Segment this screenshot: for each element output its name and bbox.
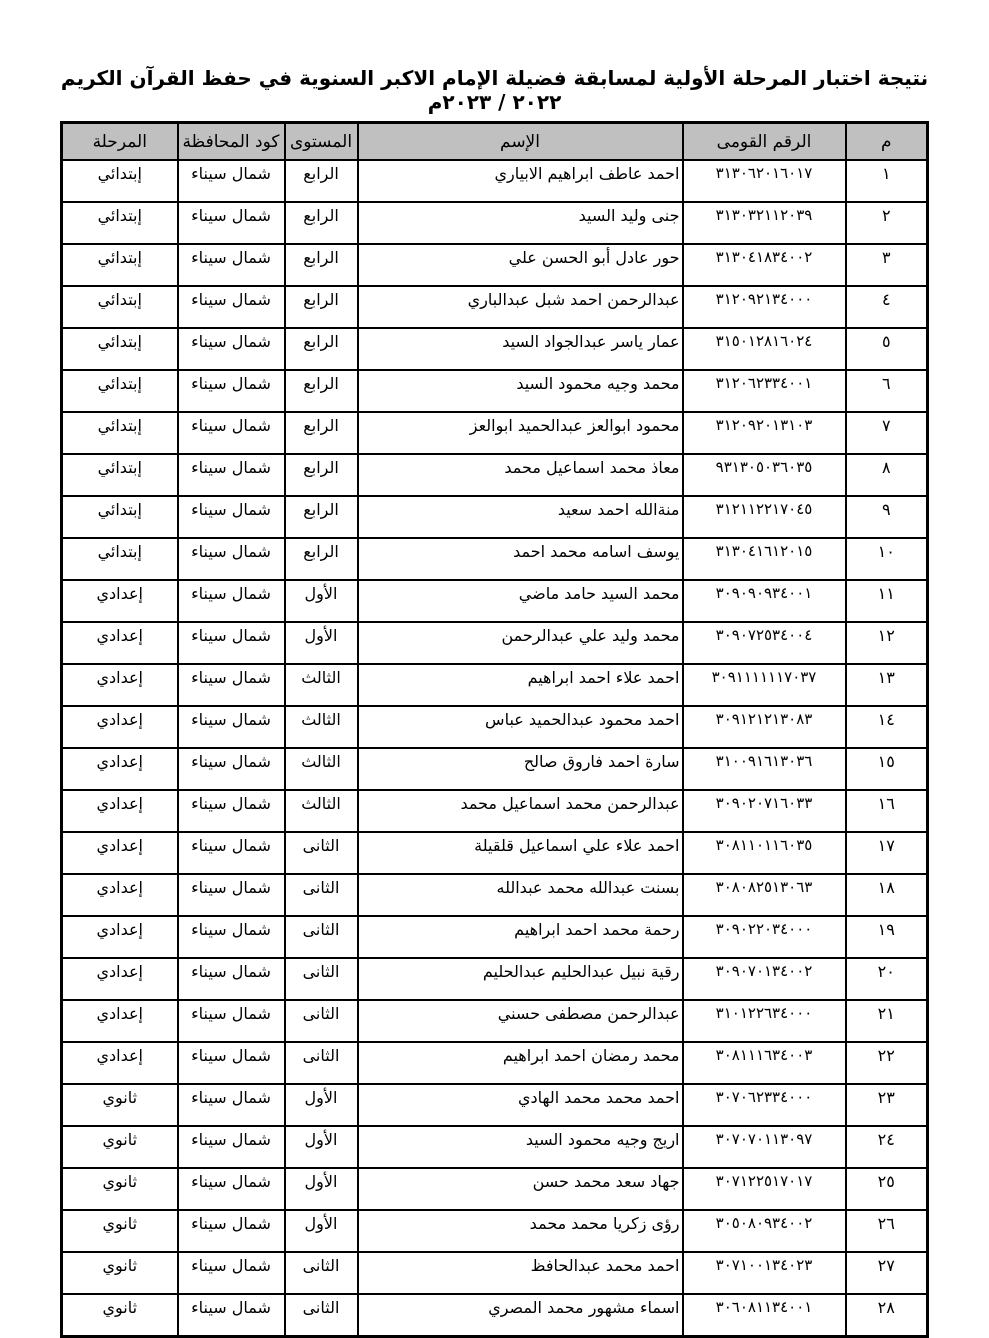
cell-stage: إعدادي [62, 1000, 178, 1042]
table-header: م الرقم القومى الإسم المستوى كود المحافظ… [62, 123, 928, 161]
cell-name: رقية نبيل عبدالحليم عبدالحليم [358, 958, 683, 1000]
cell-stage: إبتدائي [62, 370, 178, 412]
cell-name: جنى وليد السيد [358, 202, 683, 244]
cell-national-id: ٣١٣٠٤١٦١٢٠١٥ [683, 538, 846, 580]
cell-level: الأول [285, 1168, 358, 1210]
cell-level: الرابع [285, 286, 358, 328]
cell-national-id: ٣٠٩٠٢٢٠٣٤٠٠٠ [683, 916, 846, 958]
cell-stage: إعدادي [62, 958, 178, 1000]
cell-serial: ١١ [846, 580, 928, 622]
cell-governorate-code: شمال سيناء [178, 664, 285, 706]
cell-national-id: ٣٠٧٠٦٢٣٣٤٠٠٠ [683, 1084, 846, 1126]
cell-level: الرابع [285, 370, 358, 412]
cell-serial: ٢٨ [846, 1294, 928, 1337]
header-serial: م [846, 123, 928, 161]
cell-name: جهاد سعد محمد حسن [358, 1168, 683, 1210]
cell-level: الرابع [285, 160, 358, 202]
cell-stage: إبتدائي [62, 286, 178, 328]
table-row: ٢٣ ٣٠٧٠٦٢٣٣٤٠٠٠ احمد محمد محمد الهادي ال… [62, 1084, 928, 1126]
cell-serial: ٩ [846, 496, 928, 538]
cell-serial: ١٤ [846, 706, 928, 748]
cell-stage: إبتدائي [62, 328, 178, 370]
cell-national-id: ٣٠٧٠٧٠١١٣٠٩٧ [683, 1126, 846, 1168]
cell-governorate-code: شمال سيناء [178, 1168, 285, 1210]
cell-governorate-code: شمال سيناء [178, 538, 285, 580]
cell-stage: ثانوي [62, 1210, 178, 1252]
table-row: ١٠ ٣١٣٠٤١٦١٢٠١٥ يوسف اسامه محمد احمد الر… [62, 538, 928, 580]
cell-national-id: ٣١٣٠٤١٨٣٤٠٠٢ [683, 244, 846, 286]
cell-name: معاذ محمد اسماعيل محمد [358, 454, 683, 496]
cell-national-id: ٣٠٥٠٨٠٩٣٤٠٠٢ [683, 1210, 846, 1252]
cell-serial: ٢٦ [846, 1210, 928, 1252]
cell-serial: ٢١ [846, 1000, 928, 1042]
results-table: م الرقم القومى الإسم المستوى كود المحافظ… [60, 121, 929, 1338]
cell-serial: ١ [846, 160, 928, 202]
cell-level: الثانى [285, 1294, 358, 1337]
header-governorate-code: كود المحافظة [178, 123, 285, 161]
cell-name: رؤى زكريا محمد محمد [358, 1210, 683, 1252]
cell-national-id: ٣١٢٠٩٢٠١٣١٠٣ [683, 412, 846, 454]
cell-serial: ٤ [846, 286, 928, 328]
table-row: ٧ ٣١٢٠٩٢٠١٣١٠٣ محمود ابوالعز عبدالحميد ا… [62, 412, 928, 454]
table-row: ٢ ٣١٣٠٣٢١١٢٠٣٩ جنى وليد السيد الرابع شما… [62, 202, 928, 244]
cell-national-id: ٣١٠٠٩١٦١٣٠٣٦ [683, 748, 846, 790]
cell-serial: ١٦ [846, 790, 928, 832]
table-row: ١٥ ٣١٠٠٩١٦١٣٠٣٦ سارة احمد فاروق صالح الث… [62, 748, 928, 790]
table-row: ٢٥ ٣٠٧١٢٢٥١٧٠١٧ جهاد سعد محمد حسن الأول … [62, 1168, 928, 1210]
cell-serial: ١٣ [846, 664, 928, 706]
cell-level: الرابع [285, 538, 358, 580]
cell-stage: إعدادي [62, 832, 178, 874]
cell-stage: إبتدائي [62, 412, 178, 454]
cell-level: الثانى [285, 1042, 358, 1084]
cell-stage: ثانوي [62, 1252, 178, 1294]
cell-national-id: ٣٠٨١١١٦٣٤٠٠٣ [683, 1042, 846, 1084]
cell-stage: إعدادي [62, 916, 178, 958]
cell-governorate-code: شمال سيناء [178, 1252, 285, 1294]
cell-stage: إبتدائي [62, 160, 178, 202]
cell-national-id: ٩٣١٣٠٥٠٣٦٠٣٥ [683, 454, 846, 496]
cell-level: الثالث [285, 790, 358, 832]
cell-name: اسماء مشهور محمد المصري [358, 1294, 683, 1337]
header-row: م الرقم القومى الإسم المستوى كود المحافظ… [62, 123, 928, 161]
cell-level: الثانى [285, 1000, 358, 1042]
cell-serial: ٢٠ [846, 958, 928, 1000]
cell-governorate-code: شمال سيناء [178, 286, 285, 328]
table-row: ٨ ٩٣١٣٠٥٠٣٦٠٣٥ معاذ محمد اسماعيل محمد ال… [62, 454, 928, 496]
table-body: ١ ٣١٣٠٦٢٠١٦٠١٧ احمد عاطف ابراهيم الابيار… [62, 160, 928, 1337]
cell-level: الرابع [285, 496, 358, 538]
cell-serial: ٨ [846, 454, 928, 496]
cell-level: الرابع [285, 244, 358, 286]
cell-national-id: ٣٠٨١١٠١١٦٠٣٥ [683, 832, 846, 874]
cell-level: الثالث [285, 706, 358, 748]
cell-governorate-code: شمال سيناء [178, 496, 285, 538]
cell-stage: إعدادي [62, 664, 178, 706]
cell-national-id: ٣٠٦٠٨١١٣٤٠٠١ [683, 1294, 846, 1337]
cell-level: الثانى [285, 958, 358, 1000]
cell-serial: ٦ [846, 370, 928, 412]
document-page: نتيجة اختبار المرحلة الأولية لمسابقة فضي… [0, 0, 989, 1280]
cell-stage: إبتدائي [62, 244, 178, 286]
table-row: ٢٦ ٣٠٥٠٨٠٩٣٤٠٠٢ رؤى زكريا محمد محمد الأو… [62, 1210, 928, 1252]
table-row: ١٤ ٣٠٩١٢١٢١٣٠٨٣ احمد محمود عبدالحميد عبا… [62, 706, 928, 748]
cell-serial: ٥ [846, 328, 928, 370]
cell-stage: ثانوي [62, 1126, 178, 1168]
cell-name: محمد وجيه محمود السيد [358, 370, 683, 412]
cell-stage: إعدادي [62, 622, 178, 664]
cell-name: احمد عاطف ابراهيم الابياري [358, 160, 683, 202]
cell-serial: ٣ [846, 244, 928, 286]
cell-national-id: ٣٠٩٠٧٢٥٣٤٠٠٤ [683, 622, 846, 664]
cell-national-id: ٣١٣٠٦٢٠١٦٠١٧ [683, 160, 846, 202]
cell-national-id: ٣٠٧١٠٠١٣٤٠٢٣ [683, 1252, 846, 1294]
cell-national-id: ٣٠٩١٢١٢١٣٠٨٣ [683, 706, 846, 748]
cell-national-id: ٣١٢٠٦٢٣٣٤٠٠١ [683, 370, 846, 412]
cell-serial: ٢٥ [846, 1168, 928, 1210]
cell-name: اريج وجيه محمود السيد [358, 1126, 683, 1168]
cell-national-id: ٣٠٩٠٩٠٩٣٤٠٠١ [683, 580, 846, 622]
cell-governorate-code: شمال سيناء [178, 748, 285, 790]
cell-national-id: ٣٠٨٠٨٢٥١٣٠٦٣ [683, 874, 846, 916]
cell-national-id: ٣١٢١١٢٢١٧٠٤٥ [683, 496, 846, 538]
cell-governorate-code: شمال سيناء [178, 790, 285, 832]
cell-governorate-code: شمال سيناء [178, 244, 285, 286]
cell-serial: ١٠ [846, 538, 928, 580]
cell-governorate-code: شمال سيناء [178, 370, 285, 412]
header-level: المستوى [285, 123, 358, 161]
cell-level: الأول [285, 622, 358, 664]
cell-serial: ٢ [846, 202, 928, 244]
cell-level: الثالث [285, 664, 358, 706]
cell-governorate-code: شمال سيناء [178, 202, 285, 244]
cell-national-id: ٣٠٩١١١١١١٧٠٣٧ [683, 664, 846, 706]
cell-name: محمد رمضان احمد ابراهيم [358, 1042, 683, 1084]
cell-level: الثانى [285, 1252, 358, 1294]
table-row: ٤ ٣١٢٠٩٢١٣٤٠٠٠ عبدالرحمن احمد شبل عبدالب… [62, 286, 928, 328]
cell-governorate-code: شمال سيناء [178, 580, 285, 622]
cell-stage: إعدادي [62, 1042, 178, 1084]
table-row: ١٧ ٣٠٨١١٠١١٦٠٣٥ احمد علاء علي اسماعيل قل… [62, 832, 928, 874]
cell-stage: ثانوي [62, 1168, 178, 1210]
header-name: الإسم [358, 123, 683, 161]
cell-stage: إعدادي [62, 790, 178, 832]
cell-stage: إعدادي [62, 706, 178, 748]
cell-level: الرابع [285, 412, 358, 454]
cell-name: احمد علاء علي اسماعيل قلقيلة [358, 832, 683, 874]
header-stage: المرحلة [62, 123, 178, 161]
cell-serial: ٧ [846, 412, 928, 454]
cell-name: محمد وليد علي عبدالرحمن [358, 622, 683, 664]
cell-level: الثالث [285, 748, 358, 790]
cell-level: الأول [285, 1084, 358, 1126]
cell-governorate-code: شمال سيناء [178, 916, 285, 958]
cell-national-id: ٣١٢٠٩٢١٣٤٠٠٠ [683, 286, 846, 328]
cell-stage: إبتدائي [62, 496, 178, 538]
cell-national-id: ٣٠٩٠٧٠١٣٤٠٠٢ [683, 958, 846, 1000]
table-row: ٢١ ٣١٠١٢٢٦٣٤٠٠٠ عبدالرحمن مصطفى حسني الث… [62, 1000, 928, 1042]
cell-stage: إبتدائي [62, 538, 178, 580]
cell-governorate-code: شمال سيناء [178, 1084, 285, 1126]
table-row: ٢٠ ٣٠٩٠٧٠١٣٤٠٠٢ رقية نبيل عبدالحليم عبدا… [62, 958, 928, 1000]
cell-governorate-code: شمال سيناء [178, 706, 285, 748]
table-row: ١٣ ٣٠٩١١١١١١٧٠٣٧ احمد علاء احمد ابراهيم … [62, 664, 928, 706]
cell-governorate-code: شمال سيناء [178, 1042, 285, 1084]
cell-name: رحمة محمد احمد ابراهيم [358, 916, 683, 958]
cell-name: بسنت عبدالله محمد عبدالله [358, 874, 683, 916]
table-row: ٢٧ ٣٠٧١٠٠١٣٤٠٢٣ احمد محمد عبدالحافظ الثا… [62, 1252, 928, 1294]
cell-governorate-code: شمال سيناء [178, 328, 285, 370]
cell-level: الثانى [285, 874, 358, 916]
cell-name: احمد محمد محمد الهادي [358, 1084, 683, 1126]
table-row: ٩ ٣١٢١١٢٢١٧٠٤٥ منةالله احمد سعيد الرابع … [62, 496, 928, 538]
cell-level: الرابع [285, 202, 358, 244]
cell-stage: إبتدائي [62, 454, 178, 496]
cell-national-id: ٣٠٧١٢٢٥١٧٠١٧ [683, 1168, 846, 1210]
table-row: ١١ ٣٠٩٠٩٠٩٣٤٠٠١ محمد السيد حامد ماضي الأ… [62, 580, 928, 622]
cell-national-id: ٣١٠١٢٢٦٣٤٠٠٠ [683, 1000, 846, 1042]
table-row: ١٨ ٣٠٨٠٨٢٥١٣٠٦٣ بسنت عبدالله محمد عبدالل… [62, 874, 928, 916]
cell-name: عبدالرحمن محمد اسماعيل محمد [358, 790, 683, 832]
table-row: ٥ ٣١٥٠١٢٨١٦٠٢٤ عمار ياسر عبدالجواد السيد… [62, 328, 928, 370]
cell-national-id: ٣١٥٠١٢٨١٦٠٢٤ [683, 328, 846, 370]
cell-stage: إعدادي [62, 580, 178, 622]
cell-name: عبدالرحمن احمد شبل عبدالباري [358, 286, 683, 328]
cell-serial: ٢٢ [846, 1042, 928, 1084]
cell-name: محمد السيد حامد ماضي [358, 580, 683, 622]
cell-name: عمار ياسر عبدالجواد السيد [358, 328, 683, 370]
cell-governorate-code: شمال سيناء [178, 454, 285, 496]
table-row: ١٢ ٣٠٩٠٧٢٥٣٤٠٠٤ محمد وليد علي عبدالرحمن … [62, 622, 928, 664]
cell-governorate-code: شمال سيناء [178, 622, 285, 664]
cell-name: يوسف اسامه محمد احمد [358, 538, 683, 580]
cell-serial: ١٧ [846, 832, 928, 874]
cell-level: الأول [285, 580, 358, 622]
cell-governorate-code: شمال سيناء [178, 1210, 285, 1252]
cell-name: منةالله احمد سعيد [358, 496, 683, 538]
cell-serial: ١٨ [846, 874, 928, 916]
cell-level: الرابع [285, 454, 358, 496]
cell-level: الأول [285, 1210, 358, 1252]
cell-level: الثانى [285, 832, 358, 874]
table-row: ٢٨ ٣٠٦٠٨١١٣٤٠٠١ اسماء مشهور محمد المصري … [62, 1294, 928, 1337]
cell-governorate-code: شمال سيناء [178, 958, 285, 1000]
page-title: نتيجة اختبار المرحلة الأولية لمسابقة فضي… [60, 66, 930, 114]
cell-national-id: ٣٠٩٠٢٠٧١٦٠٣٣ [683, 790, 846, 832]
cell-governorate-code: شمال سيناء [178, 412, 285, 454]
table-row: ١ ٣١٣٠٦٢٠١٦٠١٧ احمد عاطف ابراهيم الابيار… [62, 160, 928, 202]
cell-name: محمود ابوالعز عبدالحميد ابوالعز [358, 412, 683, 454]
table-row: ٢٢ ٣٠٨١١١٦٣٤٠٠٣ محمد رمضان احمد ابراهيم … [62, 1042, 928, 1084]
cell-stage: ثانوي [62, 1084, 178, 1126]
cell-serial: ٢٧ [846, 1252, 928, 1294]
cell-serial: ١٢ [846, 622, 928, 664]
cell-serial: ١٩ [846, 916, 928, 958]
cell-governorate-code: شمال سيناء [178, 1000, 285, 1042]
cell-level: الأول [285, 1126, 358, 1168]
cell-name: احمد محمد عبدالحافظ [358, 1252, 683, 1294]
cell-serial: ٢٣ [846, 1084, 928, 1126]
cell-governorate-code: شمال سيناء [178, 874, 285, 916]
table-row: ١٦ ٣٠٩٠٢٠٧١٦٠٣٣ عبدالرحمن محمد اسماعيل م… [62, 790, 928, 832]
cell-name: احمد علاء احمد ابراهيم [358, 664, 683, 706]
header-national-id: الرقم القومى [683, 123, 846, 161]
cell-serial: ١٥ [846, 748, 928, 790]
cell-name: عبدالرحمن مصطفى حسني [358, 1000, 683, 1042]
cell-stage: إبتدائي [62, 202, 178, 244]
table-row: ٣ ٣١٣٠٤١٨٣٤٠٠٢ حور عادل أبو الحسن علي ال… [62, 244, 928, 286]
table-row: ٢٤ ٣٠٧٠٧٠١١٣٠٩٧ اريج وجيه محمود السيد ال… [62, 1126, 928, 1168]
cell-national-id: ٣١٣٠٣٢١١٢٠٣٩ [683, 202, 846, 244]
cell-governorate-code: شمال سيناء [178, 160, 285, 202]
cell-stage: إعدادي [62, 748, 178, 790]
cell-name: احمد محمود عبدالحميد عباس [358, 706, 683, 748]
cell-stage: إعدادي [62, 874, 178, 916]
cell-name: حور عادل أبو الحسن علي [358, 244, 683, 286]
cell-governorate-code: شمال سيناء [178, 1126, 285, 1168]
cell-name: سارة احمد فاروق صالح [358, 748, 683, 790]
cell-stage: ثانوي [62, 1294, 178, 1337]
cell-governorate-code: شمال سيناء [178, 1294, 285, 1337]
cell-governorate-code: شمال سيناء [178, 832, 285, 874]
cell-level: الثانى [285, 916, 358, 958]
cell-level: الرابع [285, 328, 358, 370]
table-row: ١٩ ٣٠٩٠٢٢٠٣٤٠٠٠ رحمة محمد احمد ابراهيم ا… [62, 916, 928, 958]
table-row: ٦ ٣١٢٠٦٢٣٣٤٠٠١ محمد وجيه محمود السيد الر… [62, 370, 928, 412]
cell-serial: ٢٤ [846, 1126, 928, 1168]
